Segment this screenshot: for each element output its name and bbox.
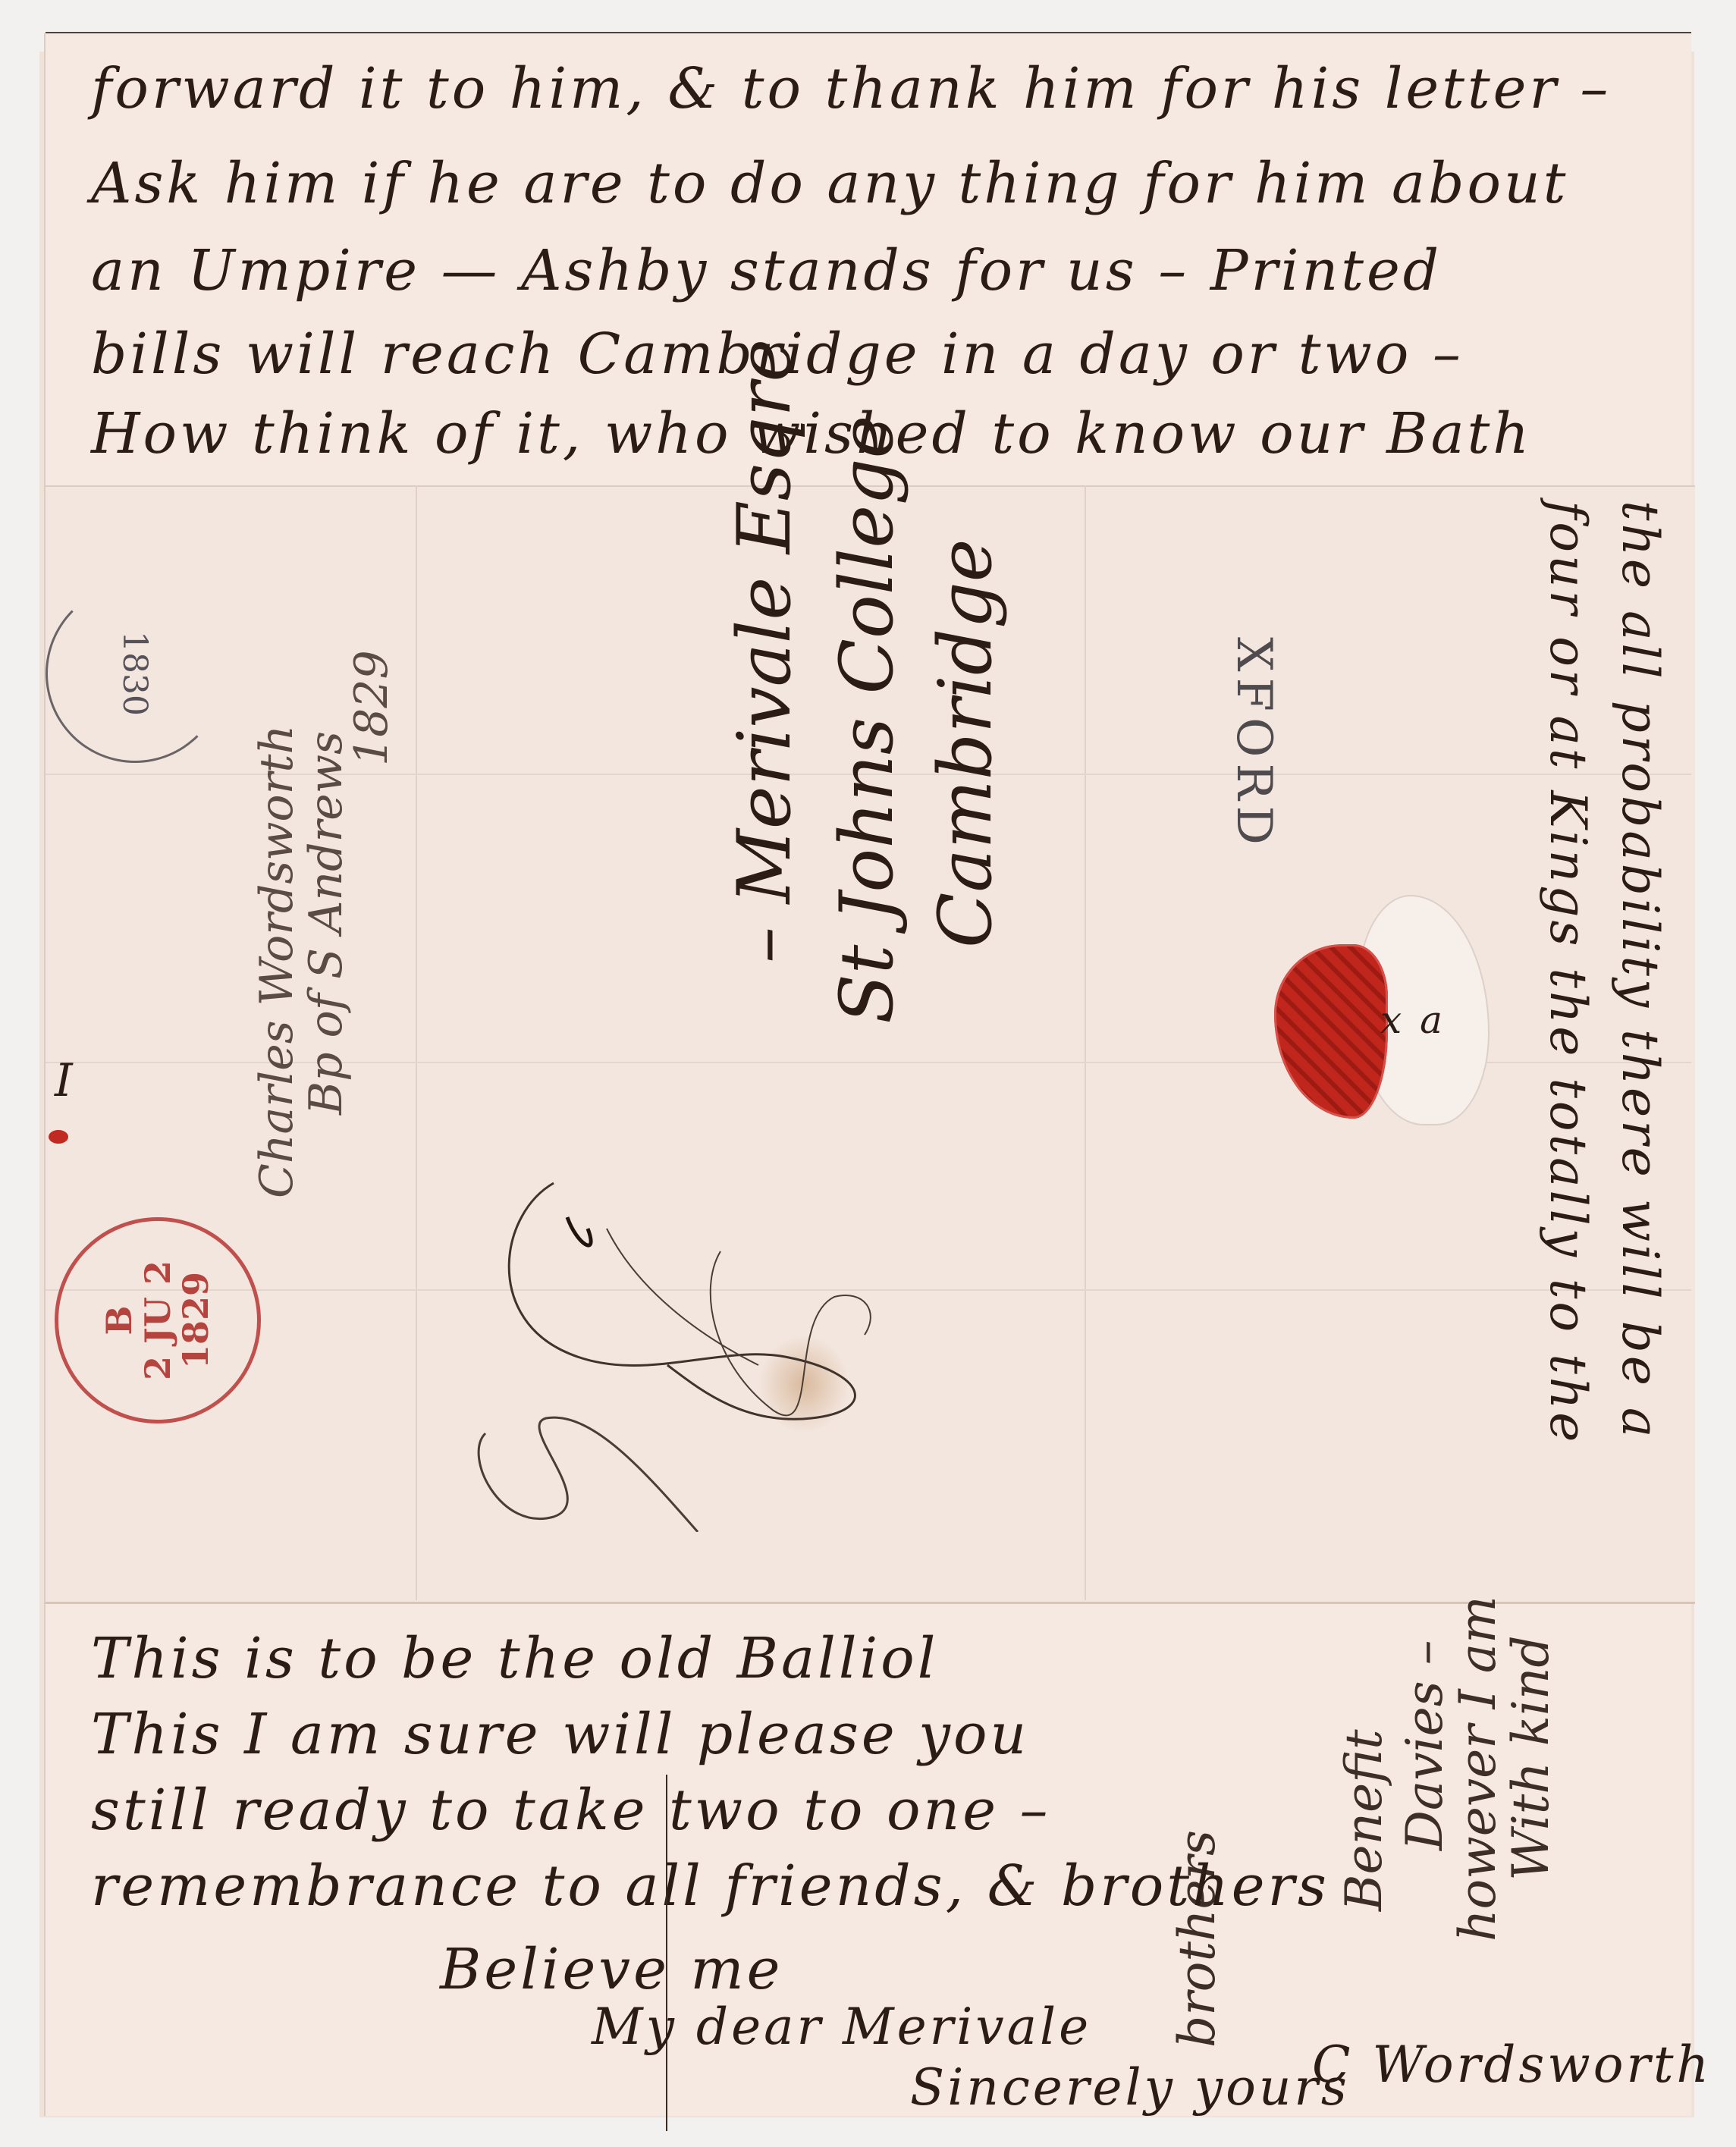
- cross-written-line: brothers: [1168, 1830, 1226, 2048]
- black-postmark: 1830: [46, 584, 224, 763]
- docket-year: 1829: [345, 650, 398, 766]
- letter-line: an Umpire — Ashby stands for us – Printe…: [91, 243, 1442, 299]
- paraph-flourish: [470, 1138, 925, 1532]
- letter-line: Believe me: [440, 1941, 783, 1998]
- cross-written-line: Benefit: [1335, 1729, 1393, 1911]
- seal-annotation: x a: [1380, 1001, 1446, 1039]
- letter-line: forward it to him, & to thank him for hi…: [91, 61, 1611, 117]
- margin-mark: I: [55, 1058, 76, 1103]
- letter-line: Ask him if he are to do any thing for hi…: [91, 155, 1568, 212]
- docket-name: Charles Wordsworth: [250, 725, 303, 1198]
- margin-line: the all probability there will be a: [1615, 501, 1665, 1440]
- margin-line: four or at Kings the totally to the: [1543, 501, 1593, 1445]
- letter-line: This I am sure will please you: [91, 1706, 1029, 1762]
- postmark-year: 1829: [177, 1272, 215, 1369]
- signoff: Sincerely yours: [910, 2063, 1350, 2113]
- town-stamp: XFORD: [1226, 637, 1282, 851]
- address-college: St Johns College: [830, 416, 903, 1024]
- address-name: – Merivale Esqre: [728, 339, 801, 963]
- letter-line: still ready to take two to one –: [91, 1782, 1051, 1838]
- wax-residue: [49, 1130, 68, 1144]
- postmark-letter: B: [100, 1306, 139, 1336]
- cross-written-line: however I am: [1449, 1596, 1507, 1941]
- red-postmark: B 2 JU 2 1829: [55, 1217, 261, 1423]
- salutation: My dear Merivale: [592, 2002, 1091, 2052]
- letter-line: This is to be the old Balliol: [91, 1631, 938, 1687]
- letter-line: remembrance to all friends, & brothers: [91, 1858, 1329, 1914]
- margin-rule: [666, 1775, 667, 2131]
- postmark-year: 1830: [116, 631, 155, 716]
- address-city: Cambridge: [929, 539, 1002, 948]
- docket-title: Bp of S Andrews: [300, 731, 353, 1115]
- cross-written-line: Davies –: [1395, 1640, 1454, 1850]
- letter-line: How think of it, who wished to know our …: [91, 406, 1532, 462]
- postmark-date: 2 JU 2: [139, 1260, 177, 1380]
- fold-line: [416, 485, 417, 1600]
- signature: C Wordsworth: [1312, 2040, 1712, 2090]
- cross-written-line: With kind: [1502, 1635, 1560, 1881]
- fold-line: [1085, 485, 1086, 1600]
